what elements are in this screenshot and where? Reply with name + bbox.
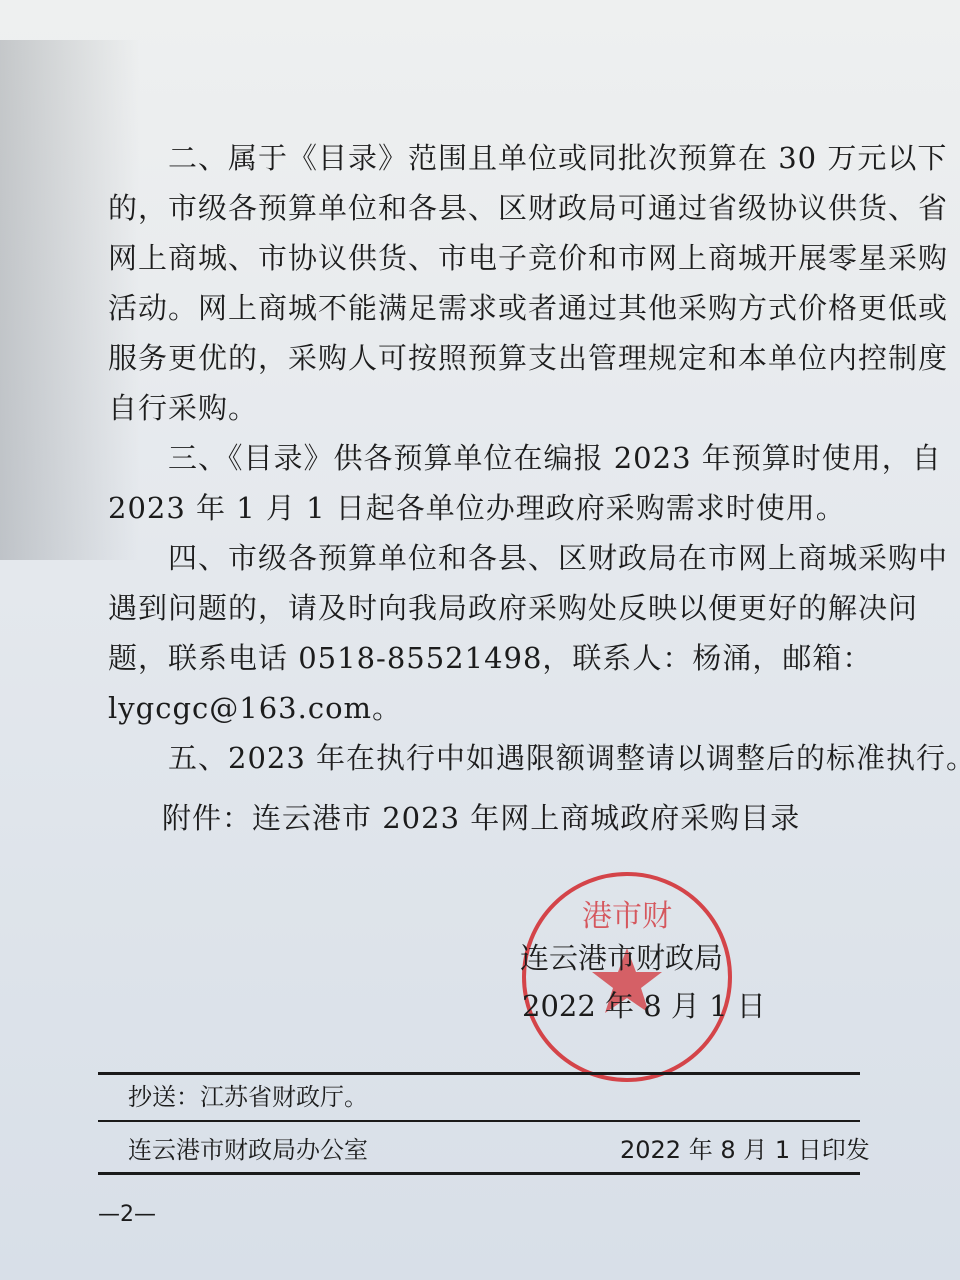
email-line: lygcgc@163.com。 xyxy=(108,690,402,726)
attachment-line: 附件：连云港市 2023 年网上商城政府采购目录 xyxy=(162,800,800,836)
signature-date: 2022 年 8 月 1 日 xyxy=(522,988,766,1024)
svg-text:港市财: 港市财 xyxy=(582,899,672,934)
paragraph-line: 题，联系电话 0518-85521498，联系人：杨涌，邮箱： xyxy=(108,640,860,676)
issuer-name: 连云港市财政局 xyxy=(520,940,723,976)
paragraph-line: 二、属于《目录》范围且单位或同批次预算在 30 万元以下 xyxy=(168,140,947,176)
footer-rule-bottom xyxy=(98,1172,860,1175)
paragraph-line: 网上商城、市协议供货、市电子竞价和市网上商城开展零星采购 xyxy=(108,240,860,276)
paragraph-line: 三、《目录》供各预算单位在编报 2023 年预算时使用，自 xyxy=(168,440,942,476)
issuing-office: 连云港市财政局办公室 xyxy=(128,1135,368,1165)
footer-rule-middle xyxy=(98,1120,860,1122)
paragraph-line: 遇到问题的，请及时向我局政府采购处反映以便更好的解决问 xyxy=(108,590,860,626)
issue-date: 2022 年 8 月 1 日印发 xyxy=(620,1135,870,1165)
cc-line: 抄送：江苏省财政厅。 xyxy=(128,1082,368,1112)
paragraph-line: 自行采购。 xyxy=(108,390,258,426)
paragraph-line: 服务更优的，采购人可按照预算支出管理规定和本单位内控制度 xyxy=(108,340,860,376)
seal-star-icon: 港市财 xyxy=(526,876,728,1078)
page-number: —2— xyxy=(98,1200,156,1230)
paragraph-line: 2023 年 1 月 1 日起各单位办理政府采购需求时使用。 xyxy=(108,490,846,526)
paragraph-line: 四、市级各预算单位和各县、区财政局在市网上商城采购中 xyxy=(168,540,948,576)
official-seal: 港市财 xyxy=(522,872,732,1082)
paragraph-line: 的，市级各预算单位和各县、区财政局可通过省级协议供货、省 xyxy=(108,190,860,226)
paragraph-line: 五、2023 年在执行中如遇限额调整请以调整后的标准执行。 xyxy=(168,740,960,776)
footer-rule-top xyxy=(98,1072,860,1075)
paragraph-line: 活动。网上商城不能满足需求或者通过其他采购方式价格更低或 xyxy=(108,290,860,326)
